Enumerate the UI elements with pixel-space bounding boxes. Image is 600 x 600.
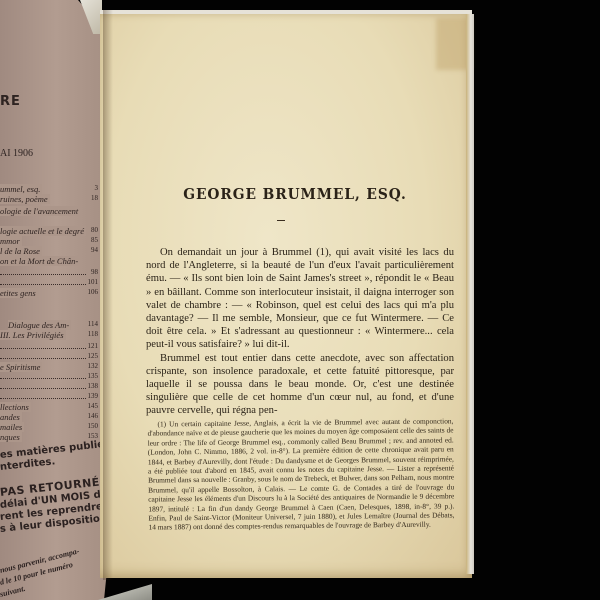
body-paragraph: Brummel est tout entier dans cette anecd…	[146, 352, 454, 418]
toc-row: 101	[0, 278, 98, 288]
toc-row: on et la Mort de Chân-	[0, 256, 98, 266]
toc-row: logie actuelle et le degré80	[0, 226, 98, 236]
toc-row: 139	[0, 392, 98, 402]
toc-row: mmor85	[0, 236, 98, 246]
toc-row: mailes150	[0, 422, 98, 432]
toc-row: andes146	[0, 412, 98, 422]
toc-row: etites gens106	[0, 288, 98, 298]
left-date-fragment: AI 1906	[0, 148, 33, 159]
footnote: (1) Un certain capitaine Jesse, Anglais,…	[147, 416, 454, 532]
left-page: RE AI 1906 ummel, esq.3 ruines, poème18 …	[0, 0, 112, 600]
toc-row: ologie de l'avancement	[0, 206, 98, 216]
toc-row: 125	[0, 352, 98, 362]
toc-row: e Spiritisme132	[0, 362, 98, 372]
page-edge	[466, 14, 474, 574]
toc-row: III. Les Privilégiés118	[0, 330, 98, 340]
left-header-fragment: RE	[0, 94, 21, 109]
toc-row: 121	[0, 342, 98, 352]
toc-row: ruines, poème18	[0, 194, 98, 204]
spine-shadow	[103, 10, 113, 580]
toc-row: ummel, esq.3	[0, 184, 98, 194]
toc-row: 138	[0, 382, 98, 392]
title-rule	[277, 220, 285, 221]
toc-row: l de la Rose94	[0, 246, 98, 256]
article-body: On demandait un jour à Brummel (1), qui …	[146, 246, 454, 418]
article-title: GEORGE BRUMMEL, ESQ.	[125, 185, 465, 203]
footnote-text: (1) Un certain capitaine Jesse, Anglais,…	[147, 416, 454, 532]
toc-row: llections145	[0, 402, 98, 412]
body-paragraph: On demandait un jour à Brummel (1), qui …	[146, 246, 454, 352]
toc-row: 98	[0, 268, 98, 278]
photo-stage: RE AI 1906 ummel, esq.3 ruines, poème18 …	[0, 0, 600, 600]
toc-row: Dialogue des Am-114	[0, 320, 98, 330]
toc-row: 135	[0, 372, 98, 382]
